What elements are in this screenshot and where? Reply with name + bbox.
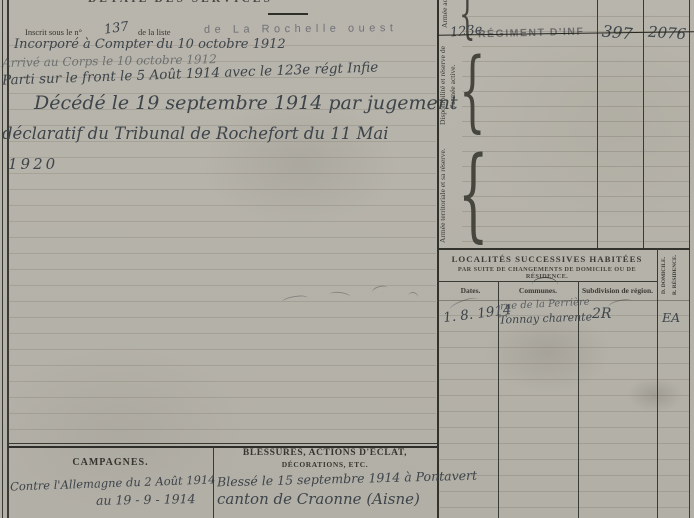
army-table-col1-border bbox=[597, 0, 598, 248]
campaign-entry-line2: au 19 - 9 - 1914 bbox=[96, 491, 196, 508]
service-entry-incorporation: Incorporé à Compter du 10 octobre 1912 bbox=[14, 37, 286, 52]
right-panel-right-border bbox=[689, 0, 690, 518]
column-header-residence: R. RÉSIDENCE. bbox=[672, 252, 683, 298]
faint-scribble bbox=[407, 291, 419, 303]
localities-header-top-border bbox=[437, 281, 657, 282]
armee-territoriale-label: Armée territoriale et sa réserve. bbox=[438, 146, 460, 246]
service-entry-deces-year: 1920 bbox=[8, 155, 58, 173]
ruled-lines-localities bbox=[438, 300, 689, 518]
locality-row-dr-flag: EA bbox=[662, 310, 680, 325]
column-header-dates: Dates. bbox=[443, 286, 498, 295]
faint-scribble bbox=[282, 294, 309, 306]
column-header-communes: Communes. bbox=[498, 286, 578, 295]
military-record-scan: DÉTAIL DES SERVICES Inscrit sous le n° 1… bbox=[0, 0, 694, 518]
inscription-suffix-label: de la liste bbox=[138, 27, 171, 37]
registry-number-2: 2076 bbox=[647, 23, 686, 44]
campaigns-title: CAMPAGNES. bbox=[8, 457, 213, 468]
faint-scribble bbox=[371, 284, 389, 297]
recruitment-office-stamp: de La Rochelle ouest bbox=[204, 22, 397, 36]
dash-mark bbox=[268, 13, 308, 15]
list-number-handwritten: 137 bbox=[103, 19, 130, 37]
wounds-title-line2: DÉCORATIONS, ETC. bbox=[214, 460, 436, 469]
wound-entry-line2: canton de Craonne (Aisne) bbox=[217, 490, 420, 508]
faint-scribble bbox=[330, 291, 351, 300]
inscription-prefix-label: Inscrit sous le n° bbox=[25, 27, 82, 37]
brace-disponibilite: { bbox=[459, 46, 486, 134]
bottom-box-top-border-outer bbox=[8, 443, 437, 444]
locality-row-subdivision: 2R bbox=[592, 306, 611, 322]
army-table-col2-border bbox=[643, 0, 644, 248]
wounds-title-line1: BLESSURES, ACTIONS D'ÉCLAT, bbox=[214, 448, 436, 458]
service-entry-deces-line1: Décédé le 19 septembre 1914 par jugement bbox=[34, 92, 458, 114]
section-title-detail-des-services: DÉTAIL DES SERVICES bbox=[88, 0, 273, 5]
column-header-subdivision: Subdivision de région. bbox=[578, 286, 657, 295]
disponibilite-reserve-label: Disponibilité et réserve de l'armée acti… bbox=[438, 36, 460, 136]
service-entry-deces-line2: déclaratif du Tribunal de Rochefort du 1… bbox=[2, 124, 389, 143]
localities-title: LOCALITÉS SUCCESSIVES HABITÉES bbox=[440, 254, 654, 264]
column-header-domicile: D. DOMICILE. bbox=[661, 252, 672, 298]
localities-col3-border bbox=[657, 248, 658, 518]
brace-territoriale: { bbox=[458, 144, 489, 245]
